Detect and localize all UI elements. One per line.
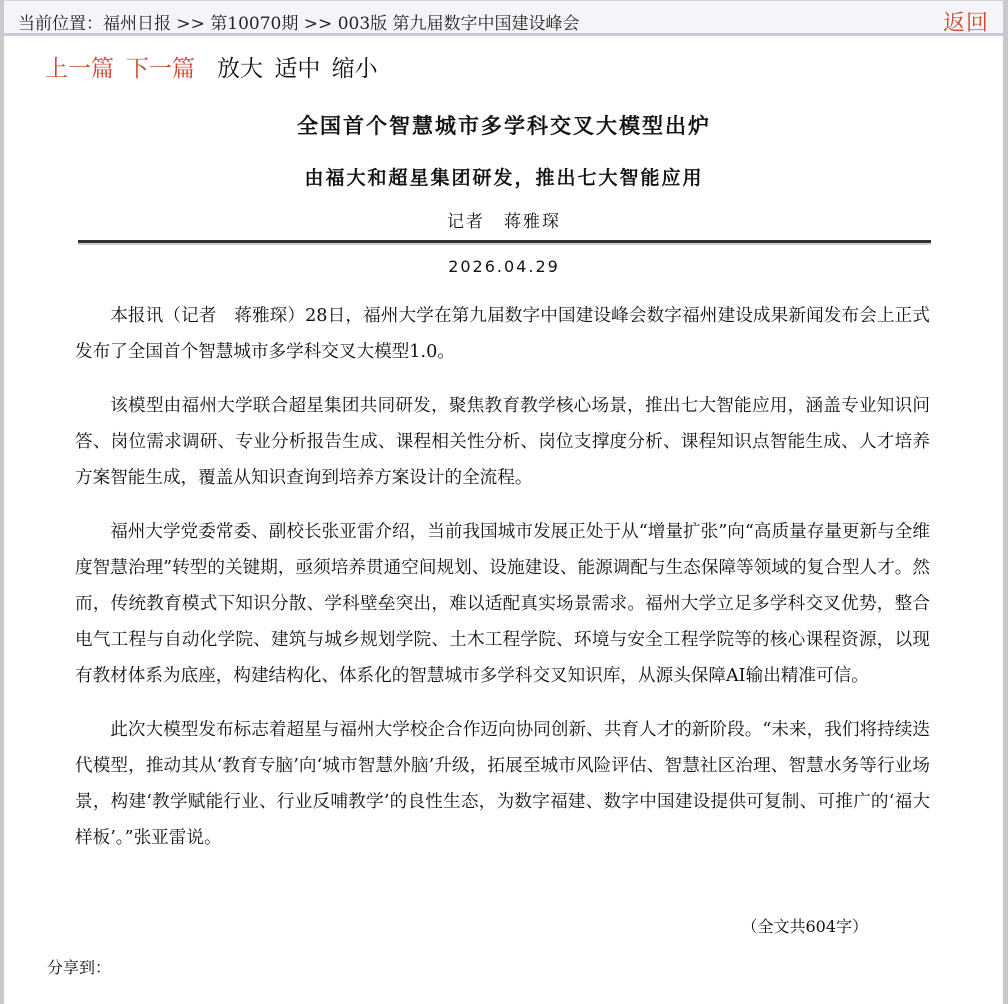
breadcrumb-issue[interactable]: 第10070期: [210, 14, 298, 34]
article-paragraph: 此次大模型发布标志着超星与福州大学校企合作迈向协同创新、共育人才的新阶段。“未来…: [75, 712, 930, 856]
font-enlarge-button[interactable]: 放大: [217, 56, 263, 82]
page-frame-left: [0, 0, 4, 1004]
breadcrumb-paper[interactable]: 福州日报: [103, 14, 171, 34]
scrollbar-track[interactable]: [1003, 0, 1008, 1004]
article-paragraph: 福州大学党委常委、副校长张亚雷介绍，当前我国城市发展正处于从“增量扩张”向“高质…: [75, 514, 930, 694]
article-subtitle: 由福大和超星集团研发，推出七大智能应用: [0, 163, 1008, 190]
location-bar: 当前位置：福州日报 >> 第10070期 >> 003版 第九届数字中国建设峰会…: [4, 0, 1003, 36]
article-title: 全国首个智慧城市多学科交叉大模型出炉: [0, 110, 1008, 140]
word-count: （全文共604字）: [741, 914, 868, 937]
breadcrumb-separator: >>: [298, 14, 337, 34]
article-body: 本报讯（记者 蒋雅琛）28日，福州大学在第九届数字中国建设峰会数字福州建设成果新…: [75, 298, 930, 874]
font-medium-button[interactable]: 适中: [274, 56, 320, 82]
breadcrumb-page[interactable]: 003版 第九届数字中国建设峰会: [338, 14, 580, 34]
article-paragraph: 本报讯（记者 蒋雅琛）28日，福州大学在第九届数字中国建设峰会数字福州建设成果新…: [75, 298, 930, 370]
article-toolbar: 上一篇下一篇放大 适中 缩小: [45, 50, 382, 83]
next-article-link[interactable]: 下一篇: [126, 56, 195, 82]
article-date: 2026.04.29: [0, 257, 1008, 276]
share-label: 分享到：: [47, 955, 111, 978]
font-shrink-button[interactable]: 缩小: [332, 56, 378, 82]
article-byline: 记者 蒋雅琛: [0, 207, 1008, 232]
back-link[interactable]: 返回: [943, 6, 989, 37]
breadcrumb-label: 当前位置：: [18, 14, 103, 34]
breadcrumb-separator: >>: [171, 14, 210, 34]
prev-article-link[interactable]: 上一篇: [45, 56, 114, 82]
breadcrumb: 当前位置：福州日报 >> 第10070期 >> 003版 第九届数字中国建设峰会: [18, 9, 580, 34]
article-paragraph: 该模型由福州大学联合超星集团共同研发，聚焦教育教学核心场景，推出七大智能应用，涵…: [75, 388, 930, 496]
title-divider: [78, 240, 931, 243]
